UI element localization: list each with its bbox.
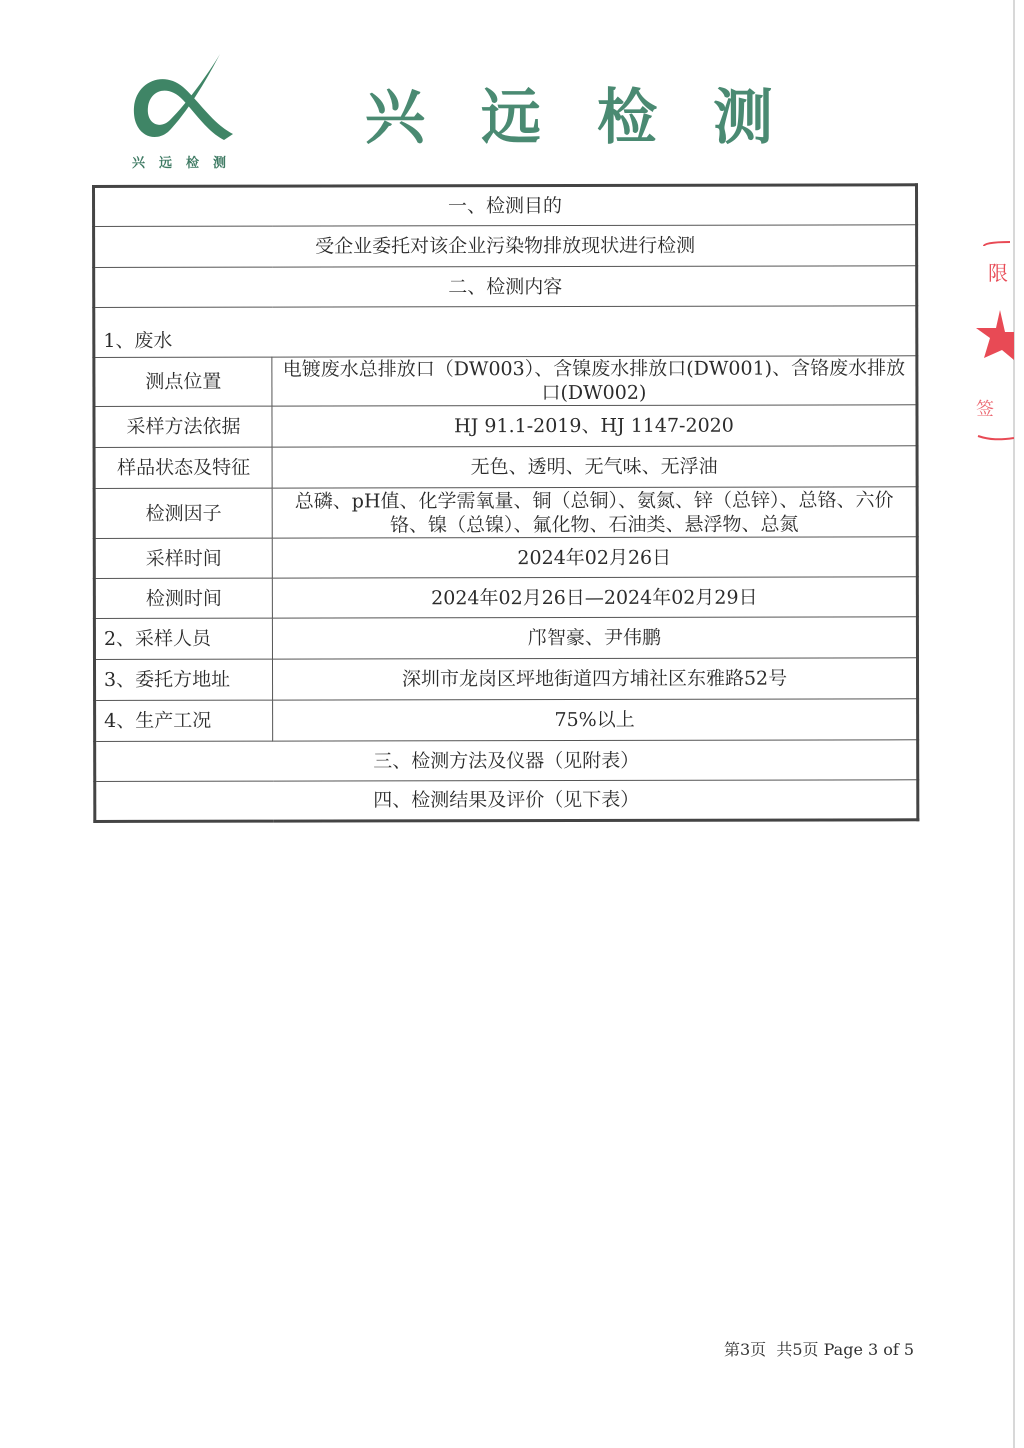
table-row: 检测因子 总磷、pH值、化学需氧量、铜（总铜）、氨氮、锌（总锌）、总铬、六价铬、… (94, 487, 917, 539)
method-heading: 三、检测方法及仪器（见附表） (95, 740, 918, 782)
test-factors-value: 总磷、pH值、化学需氧量、铜（总铜）、氨氮、锌（总锌）、总铬、六价铬、镍（总镍）… (272, 487, 917, 538)
company-logo-icon (128, 52, 238, 142)
test-factors-label: 检测因子 (94, 488, 272, 538)
table-row: 受企业委托对该企业污染物排放现状进行检测 (94, 225, 917, 268)
table-row: 4、生产工况 75%以上 (95, 699, 918, 742)
sampling-method-label: 采样方法依据 (94, 406, 272, 447)
inspection-info-table: 一、检测目的 受企业委托对该企业污染物排放现状进行检测 二、检测内容 1、废水 … (92, 183, 919, 823)
result-heading: 四、检测结果及评价（见下表） (95, 780, 918, 822)
purpose-text: 受企业委托对该企业污染物排放现状进行检测 (94, 225, 917, 268)
table-row: 采样方法依据 HJ 91.1-2019、HJ 1147-2020 (94, 405, 917, 448)
table-row: 三、检测方法及仪器（见附表） (95, 740, 918, 782)
table-row: 检测时间 2024年02月26日—2024年02月29日 (94, 577, 917, 619)
production-condition-value: 75%以上 (273, 699, 918, 741)
table-row: 1、废水 (94, 306, 917, 358)
table-row: 测点位置 电镀废水总排放口（DW003）、含镍废水排放口(DW001)、含铬废水… (94, 356, 917, 407)
logo-caption: 兴远检测 (132, 152, 242, 171)
samplers-value: 邝智豪、尹伟鹏 (272, 617, 917, 659)
svg-text:限: 限 (988, 261, 1008, 285)
testing-period-label: 检测时间 (94, 578, 272, 618)
svg-text:签: 签 (976, 399, 994, 420)
table-row: 2、采样人员 邝智豪、尹伟鹏 (94, 617, 917, 660)
samplers-label: 2、采样人员 (94, 618, 272, 659)
brand-title: 兴远检测 (365, 70, 829, 156)
sample-state-label: 样品状态及特征 (94, 447, 272, 488)
client-address-value: 深圳市龙岗区坪地街道四方埔社区东雅路52号 (272, 658, 917, 700)
wastewater-heading: 1、废水 (94, 306, 917, 358)
sample-state-value: 无色、透明、无气味、无浮油 (272, 446, 917, 488)
table-row: 3、委托方地址 深圳市龙岗区坪地街道四方埔社区东雅路52号 (94, 658, 917, 701)
client-address-label: 3、委托方地址 (94, 659, 272, 700)
sampling-date-value: 2024年02月26日 (272, 537, 917, 578)
table-row: 二、检测内容 (94, 266, 917, 308)
table-row: 四、检测结果及评价（见下表） (95, 780, 918, 822)
production-condition-label: 4、生产工况 (95, 700, 273, 741)
sampling-point-label: 测点位置 (94, 357, 272, 406)
testing-period-value: 2024年02月26日—2024年02月29日 (272, 577, 917, 618)
page-edge-line (1013, 0, 1015, 1448)
sampling-date-label: 采样时间 (94, 538, 272, 578)
sampling-point-value: 电镀废水总排放口（DW003）、含镍废水排放口(DW001)、含铬废水排放口(D… (272, 356, 917, 406)
sampling-method-value: HJ 91.1-2019、HJ 1147-2020 (272, 405, 917, 447)
table-row: 一、检测目的 (94, 185, 917, 227)
table-row: 样品状态及特征 无色、透明、无气味、无浮油 (94, 446, 917, 489)
page-number-footer: 第3页 共5页 Page 3 of 5 (724, 1337, 914, 1360)
purpose-heading: 一、检测目的 (94, 185, 917, 227)
content-heading: 二、检测内容 (94, 266, 917, 308)
table-row: 采样时间 2024年02月26日 (94, 537, 917, 579)
company-seal-stamp-icon: 限 签 (970, 240, 1014, 445)
